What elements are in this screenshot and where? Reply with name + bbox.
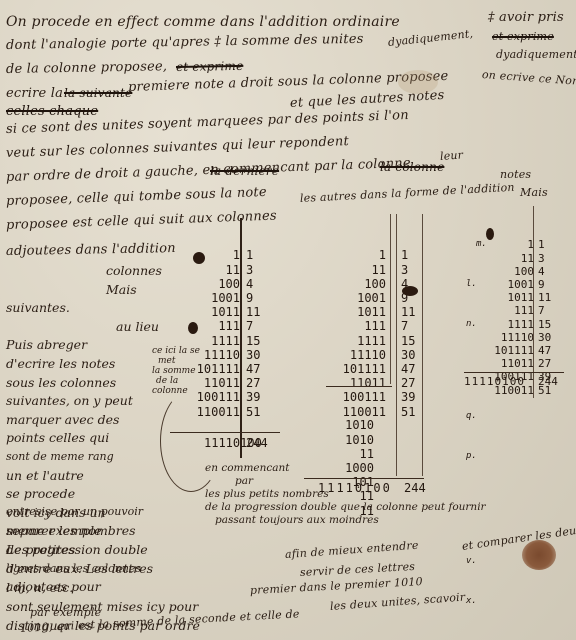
note-line: suivantes. [6,299,176,318]
struck-text: et exprime [176,59,244,74]
manuscript-page: On procede en effect comme dans l'additi… [0,0,576,640]
ink-blot [193,252,205,264]
struck-text: la derniere [210,164,279,178]
margin-note: ‡ avoir pris [488,10,564,25]
binary-total-3: 11110100 [464,375,525,389]
text-line: On procede en effect comme dans l'additi… [6,14,400,30]
ink-blot [402,286,418,296]
note-line: sont de meme rang [6,448,176,467]
interlinear-text: dyadiquement, [387,27,473,49]
text-line: de la colonne proposee, [6,59,167,77]
note-line: au lieu [6,318,176,337]
ink-blot [188,322,198,334]
note-line: points celles qui [6,429,176,448]
decimal-column-1: 1349117153047273951 [246,220,275,447]
side-label: ce ici la se met la somme de la colonne [152,346,200,396]
note-line: suivantes, on y peut [6,392,176,411]
paper-stain [398,70,438,94]
table-divider [390,214,391,384]
note-line: se procede [6,485,176,504]
binary-total-2: 11110100 [318,481,392,495]
decimal-total-2: 244 [404,481,426,495]
note-line: Mais [6,281,176,300]
note-line: d'ecrire les notes [6,355,176,374]
margin-note-struck: et exprime [492,30,554,43]
interlinear-text: Mais [520,186,548,199]
note-line: Puis abreger [6,336,176,355]
note-line: sous les colonnes [6,374,176,393]
decimal-total-3: 244 [538,375,558,389]
margin-note: dyadiquement [496,48,576,61]
table-divider [533,206,534,398]
note-line: par exemple [30,606,101,619]
ink-blot [486,228,494,240]
struck-text: celles chaque [6,104,98,119]
text-line: dont l'analogie porte qu'apres ‡ la somm… [6,32,364,53]
decimal-column-3: 1349117153047273951 [538,212,565,423]
ink-stain [522,540,556,570]
decimal-column-2: 1349117153047273951 [401,220,430,447]
text-line: par ordre de droit a gauche, en commenca… [6,156,411,185]
interlinear-text: leur [440,148,464,163]
bottom-right-note: les deux unites, scavoir [330,591,466,613]
partial-sums: 101010101110001011111 [318,390,374,546]
struck-text: la colonne [380,160,444,174]
margin-note: on ecrive ce Nombre [482,68,576,89]
text-line: adjoutees dans l'addition [6,241,176,259]
partial-rule [326,386,392,387]
note-line: marquer avec des [6,411,176,430]
table-divider [396,214,397,476]
decimal-total-1: 244 [246,436,268,450]
table-divider [240,218,242,458]
text-line: veut sur les colonnes suivantes qui leur… [6,134,349,161]
row-labels: m. l. n. q. p. v. x. [466,212,488,635]
interlinear-text: les autres dans la forme de l'addition [300,181,515,205]
sum-rule [304,478,424,479]
sum-rule [464,372,564,373]
interlinear-text: notes [500,168,531,181]
struck-text: la suivante [64,86,132,100]
text-line: ecrire la [6,86,63,101]
text-line: proposee, celle qui tombe sous la note [6,185,267,209]
note-line: d'entre eux. Les lettres [6,559,296,578]
note-line: de progression double [6,540,296,559]
note-line: colonnes [6,262,176,281]
note-line: un et l'autre [6,467,176,486]
